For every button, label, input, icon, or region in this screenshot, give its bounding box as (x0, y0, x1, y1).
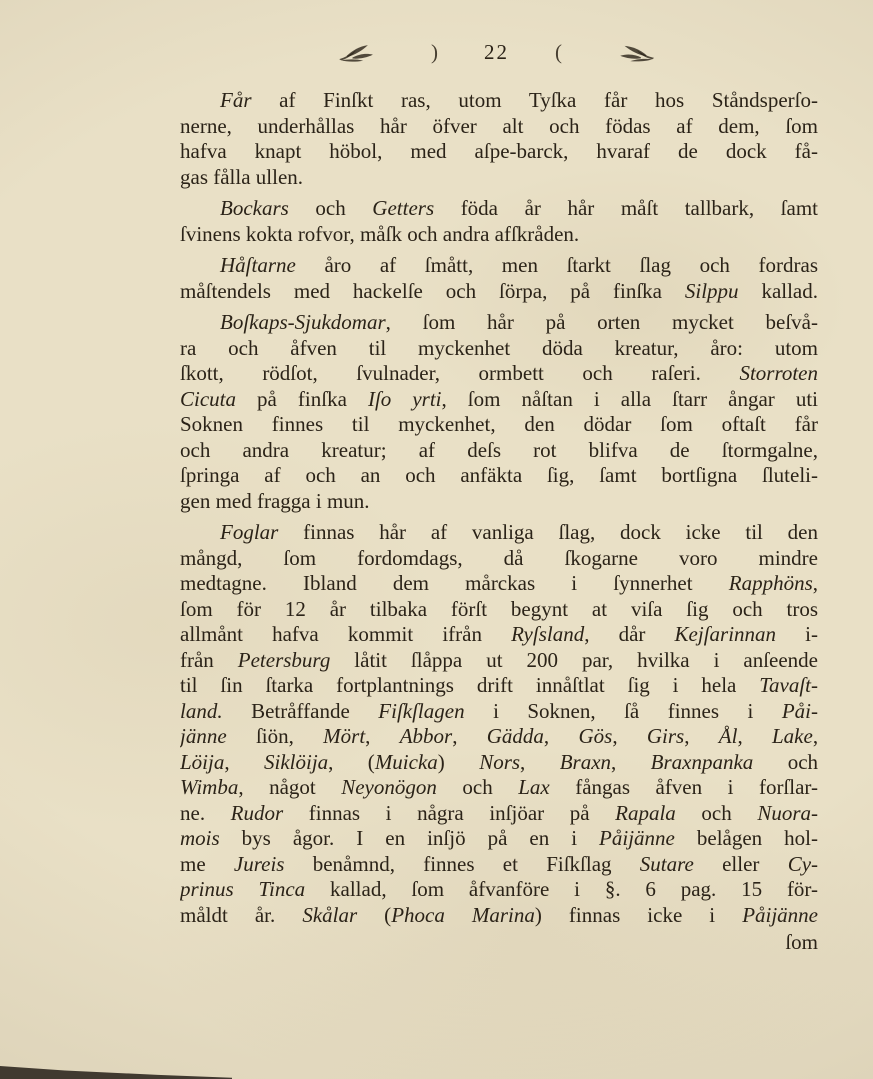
roman-text: kallad. (739, 279, 818, 303)
text-line: gas fålla ullen. (180, 165, 818, 191)
text-line: til ſin ſtarka fortplantnings drift innå… (180, 673, 818, 699)
italic-text: Ryſsland (511, 622, 584, 646)
italic-text: Storroten (739, 361, 818, 385)
roman-text: måldt år. (180, 903, 302, 927)
italic-text: Bockars (220, 196, 289, 220)
italic-text: Lax (518, 775, 550, 799)
text-line: medtagne. Ibland dem mårckas i ſynnerhet… (180, 571, 818, 597)
roman-text: benåmnd, finnes et Fiſkſlag (284, 852, 639, 876)
roman-text: och (289, 196, 372, 220)
italic-text: Girs (647, 724, 684, 748)
italic-text: Iſo yrti (368, 387, 442, 411)
italic-text: Wimba (180, 775, 238, 799)
roman-text: gen med fragga i mun. (180, 489, 370, 513)
italic-text: Kejſarinnan (675, 622, 777, 646)
roman-text: och (753, 750, 818, 774)
text-line: Bockars och Getters föda år hår måſt tal… (180, 196, 818, 222)
roman-text: , något (238, 775, 341, 799)
italic-text: Påijänne (599, 826, 675, 850)
text-line: måſtendels med hackelſe och ſörpa, på fi… (180, 279, 818, 305)
roman-text: finnas i några inſjöar på (283, 801, 615, 825)
roman-text: eller (694, 852, 788, 876)
italic-text: Får (220, 88, 252, 112)
italic-text: Getters (372, 196, 434, 220)
roman-text: och (437, 775, 518, 799)
text-line: mois bys ågor. I en inſjö på en i Påijän… (180, 826, 818, 852)
roman-text: i Soknen, ſå finnes i (465, 699, 782, 723)
roman-text: i- (776, 622, 818, 646)
text-line: hafva knapt höbol, med aſpe-barck, hvara… (180, 139, 818, 165)
roman-text: från (180, 648, 238, 672)
page-header: ) 22 ( (60, 40, 873, 65)
roman-text: ( (357, 903, 391, 927)
text-line: och andra kreatur; af deſs rot blifva de… (180, 438, 818, 464)
roman-text: , (737, 724, 772, 748)
roman-text: på finſka (236, 387, 368, 411)
roman-text: Betråffande (223, 699, 379, 723)
italic-text: Ål (719, 724, 738, 748)
text-line: ſvinens kokta rofvor, måſk och andra afſ… (180, 222, 818, 248)
text-line: ſkott, rödſot, ſvulnader, ormbett och ra… (180, 361, 818, 387)
italic-text: Nuora- (757, 801, 818, 825)
close-bracket: ( (555, 40, 562, 65)
paragraph: Bockars och Getters föda år hår måſt tal… (180, 196, 818, 247)
roman-text: nerne, underhållas hår öfver alt och föd… (180, 114, 818, 138)
roman-text: och (676, 801, 758, 825)
roman-text: och andra kreatur; af deſs rot blifva de… (180, 438, 818, 462)
italic-text: Lake (772, 724, 813, 748)
text-line: jänne ſiön, Mört, Abbor, Gädda, Gös, Gir… (180, 724, 818, 750)
italic-text: Abbor (400, 724, 453, 748)
roman-text: , (520, 750, 560, 774)
text-line: Får af Finſkt ras, utom Tyſka får hos St… (180, 88, 818, 114)
italic-text: Skålar (302, 903, 357, 927)
italic-text: Siklöija (264, 750, 328, 774)
roman-text: allmånt hafva kommit ifrån (180, 622, 511, 646)
text-line: gen med fragga i mun. (180, 489, 818, 515)
text-line: land. Betråffande Fiſkſlagen i Soknen, ſ… (180, 699, 818, 725)
roman-text: ſom för 12 år tilbaka förſt begynt at vi… (180, 597, 818, 621)
italic-text: Rapphöns (729, 571, 813, 595)
italic-text: Boſkaps-Sjukdomar (220, 310, 386, 334)
roman-text: belågen hol- (675, 826, 818, 850)
book-page: ) 22 ( Får af Finſkt ras, utom Tyſka får… (0, 0, 873, 1079)
roman-text: , (224, 750, 264, 774)
text-line: allmånt hafva kommit ifrån Ryſsland, dår… (180, 622, 818, 648)
roman-text: fångas åfven i forſlar- (550, 775, 818, 799)
roman-text: , ſom nåſtan i alla ſtarr ångar uti (442, 387, 819, 411)
roman-text: låtit ſlåppa ut 200 par, hvilka i anſeen… (330, 648, 818, 672)
text-line: Foglar finnas hår af vanliga ſlag, dock … (180, 520, 818, 546)
italic-text: Neyonögon (341, 775, 437, 799)
italic-text: Phoca Marina (391, 903, 535, 927)
text-line: Wimba, något Neyonögon och Lax fångas åf… (180, 775, 818, 801)
text-line: Löija, Siklöija, (Muicka) Nors, Braxn, B… (180, 750, 818, 776)
text-line: ſpringa af och an och anfäkta ſig, ſamt … (180, 463, 818, 489)
roman-text: af Finſkt ras, utom Tyſka får hos Stånds… (252, 88, 819, 112)
roman-text: ſiön, (227, 724, 324, 748)
roman-text: ſvinens kokta rofvor, måſk och andra afſ… (180, 222, 579, 246)
roman-text: gas fålla ullen. (180, 165, 303, 189)
text-line: nerne, underhållas hår öfver alt och föd… (180, 114, 818, 140)
text-line: Boſkaps-Sjukdomar, ſom hår på orten myck… (180, 310, 818, 336)
roman-text: til ſin ſtarka fortplantnings drift innå… (180, 673, 759, 697)
roman-text: ſpringa af och an och anfäkta ſig, ſamt … (180, 463, 818, 487)
italic-text: Gädda (487, 724, 544, 748)
text-line: mångd, ſom fordomdags, då ſkogarne voro … (180, 546, 818, 572)
text-line: me Jureis benåmnd, finnes et Fiſkſlag Su… (180, 852, 818, 878)
roman-text: medtagne. Ibland dem mårckas i ſynnerhet (180, 571, 729, 595)
italic-text: Rapala (615, 801, 676, 825)
text-line: Soknen finnes til myckenhet, den dödar ſ… (180, 412, 818, 438)
italic-text: prinus Tinca (180, 877, 305, 901)
roman-text: ne. (180, 801, 231, 825)
roman-text: kallad, ſom åfvanföre i §. 6 pag. 15 för… (305, 877, 818, 901)
italic-text: Påijänne (742, 903, 818, 927)
roman-text: , (611, 750, 651, 774)
paragraph: Foglar finnas hår af vanliga ſlag, dock … (180, 520, 818, 928)
page-number: 22 (484, 40, 509, 65)
italic-text: Fiſkſlagen (378, 699, 464, 723)
roman-text: , (684, 724, 719, 748)
text-line: ſom för 12 år tilbaka förſt begynt at vi… (180, 597, 818, 623)
text-line: prinus Tinca kallad, ſom åfvanföre i §. … (180, 877, 818, 903)
italic-text: Jureis (234, 852, 285, 876)
roman-text: ra och åfven til myckenhet döda kreatur,… (180, 336, 818, 360)
italic-text: Foglar (220, 520, 278, 544)
italic-text: Cy- (788, 852, 818, 876)
italic-text: Nors (479, 750, 520, 774)
roman-text: , (365, 724, 400, 748)
italic-text: Mört (323, 724, 365, 748)
italic-text: mois (180, 826, 220, 850)
text-line: ra och åfven til myckenhet döda kreatur,… (180, 336, 818, 362)
italic-text: Rudor (231, 801, 284, 825)
text-line: Cicuta på finſka Iſo yrti, ſom nåſtan i … (180, 387, 818, 413)
roman-text: , (813, 571, 818, 595)
roman-text: ſkott, rödſot, ſvulnader, ormbett och ra… (180, 361, 739, 385)
roman-text: mångd, ſom fordomdags, då ſkogarne voro … (180, 546, 818, 570)
italic-text: Cicuta (180, 387, 236, 411)
italic-text: Gös (578, 724, 612, 748)
roman-text: bys ågor. I en inſjö på en i (220, 826, 599, 850)
roman-text: åro af ſmått, men ſtarkt ſlag och fordra… (296, 253, 818, 277)
italic-text: land. (180, 699, 223, 723)
fleuron-right-icon (616, 39, 655, 67)
text-line: Håſtarne åro af ſmått, men ſtarkt ſlag o… (180, 253, 818, 279)
text-line: måldt år. Skålar (Phoca Marina) finnas i… (180, 903, 818, 929)
paragraph: Får af Finſkt ras, utom Tyſka får hos St… (180, 88, 818, 190)
italic-text: Löija (180, 750, 224, 774)
roman-text: , (544, 724, 579, 748)
italic-text: jänne (180, 724, 227, 748)
roman-text: måſtendels med hackelſe och ſörpa, på fi… (180, 279, 685, 303)
roman-text: , (813, 724, 818, 748)
roman-text: Soknen finnes til myckenhet, den dödar ſ… (180, 412, 818, 436)
italic-text: Braxn (560, 750, 611, 774)
roman-text: , (612, 724, 647, 748)
roman-text: ) (438, 750, 479, 774)
roman-text: , (452, 724, 487, 748)
paragraph: Håſtarne åro af ſmått, men ſtarkt ſlag o… (180, 253, 818, 304)
italic-text: Påi- (782, 699, 818, 723)
italic-text: Silppu (685, 279, 739, 303)
text-line: ne. Rudor finnas i några inſjöar på Rapa… (180, 801, 818, 827)
roman-text: me (180, 852, 234, 876)
text-line: från Petersburg låtit ſlåppa ut 200 par,… (180, 648, 818, 674)
roman-text: finnas hår af vanliga ſlag, dock icke ti… (278, 520, 818, 544)
text-block: Får af Finſkt ras, utom Tyſka får hos St… (180, 88, 818, 934)
fleuron-left-icon (338, 40, 376, 66)
open-bracket: ) (431, 40, 438, 65)
roman-text: föda år hår måſt tallbark, ſamt (434, 196, 818, 220)
catchword: ſom (180, 930, 818, 955)
roman-text: , dår (584, 622, 674, 646)
italic-text: Tavaſt- (759, 673, 818, 697)
paragraph: Boſkaps-Sjukdomar, ſom hår på orten myck… (180, 310, 818, 514)
roman-text: hafva knapt höbol, med aſpe-barck, hvara… (180, 139, 818, 163)
roman-text: , ſom hår på orten mycket beſvå- (386, 310, 818, 334)
italic-text: Braxnpanka (651, 750, 754, 774)
italic-text: Håſtarne (220, 253, 296, 277)
roman-text: , ( (328, 750, 375, 774)
italic-text: Petersburg (238, 648, 331, 672)
italic-text: Muicka (375, 750, 438, 774)
italic-text: Sutare (640, 852, 694, 876)
roman-text: ) finnas icke i (535, 903, 742, 927)
page-edge-shadow (0, 1066, 232, 1079)
